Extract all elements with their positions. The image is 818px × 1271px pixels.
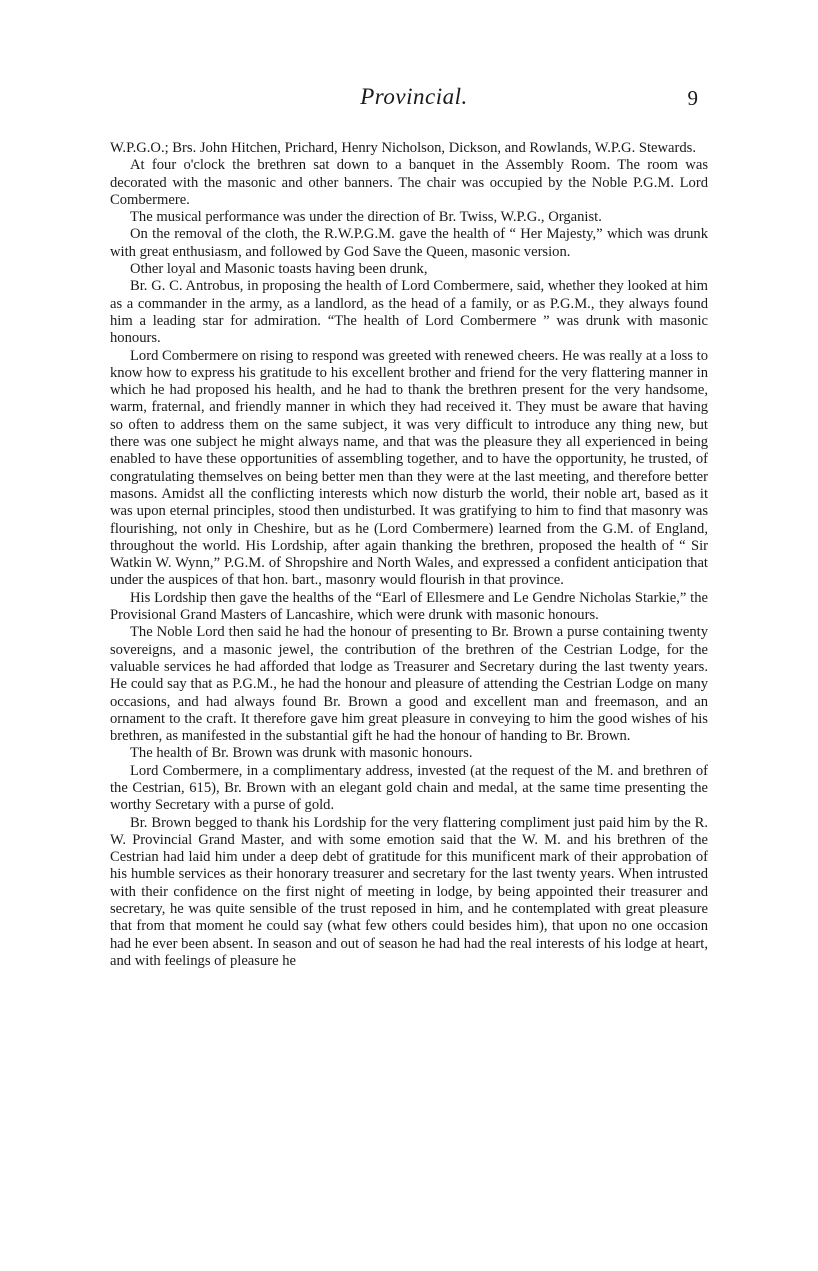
body-text: W.P.G.O.; Brs. John Hitchen, Prichard, H… xyxy=(110,140,708,970)
page-number: 9 xyxy=(688,86,699,111)
paragraph: W.P.G.O.; Brs. John Hitchen, Prichard, H… xyxy=(110,140,708,157)
paragraph: Other loyal and Masonic toasts having be… xyxy=(110,261,708,278)
paragraph: Br. G. C. Antrobus, in proposing the hea… xyxy=(110,278,708,347)
paragraph: The health of Br. Brown was drunk with m… xyxy=(110,745,708,762)
paragraph: The musical performance was under the di… xyxy=(110,209,708,226)
paragraph: Lord Combermere on rising to respond was… xyxy=(110,348,708,590)
paragraph: His Lordship then gave the healths of th… xyxy=(110,590,708,625)
running-header: Provincial. 9 xyxy=(112,84,708,112)
document-page: Provincial. 9 W.P.G.O.; Brs. John Hitche… xyxy=(0,0,818,1271)
paragraph: At four o'clock the brethren sat down to… xyxy=(110,157,708,209)
running-title: Provincial. xyxy=(112,84,708,110)
paragraph: Br. Brown begged to thank his Lordship f… xyxy=(110,815,708,971)
paragraph: Lord Combermere, in a complimentary addr… xyxy=(110,763,708,815)
paragraph: The Noble Lord then said he had the hono… xyxy=(110,624,708,745)
paragraph: On the removal of the cloth, the R.W.P.G… xyxy=(110,226,708,261)
